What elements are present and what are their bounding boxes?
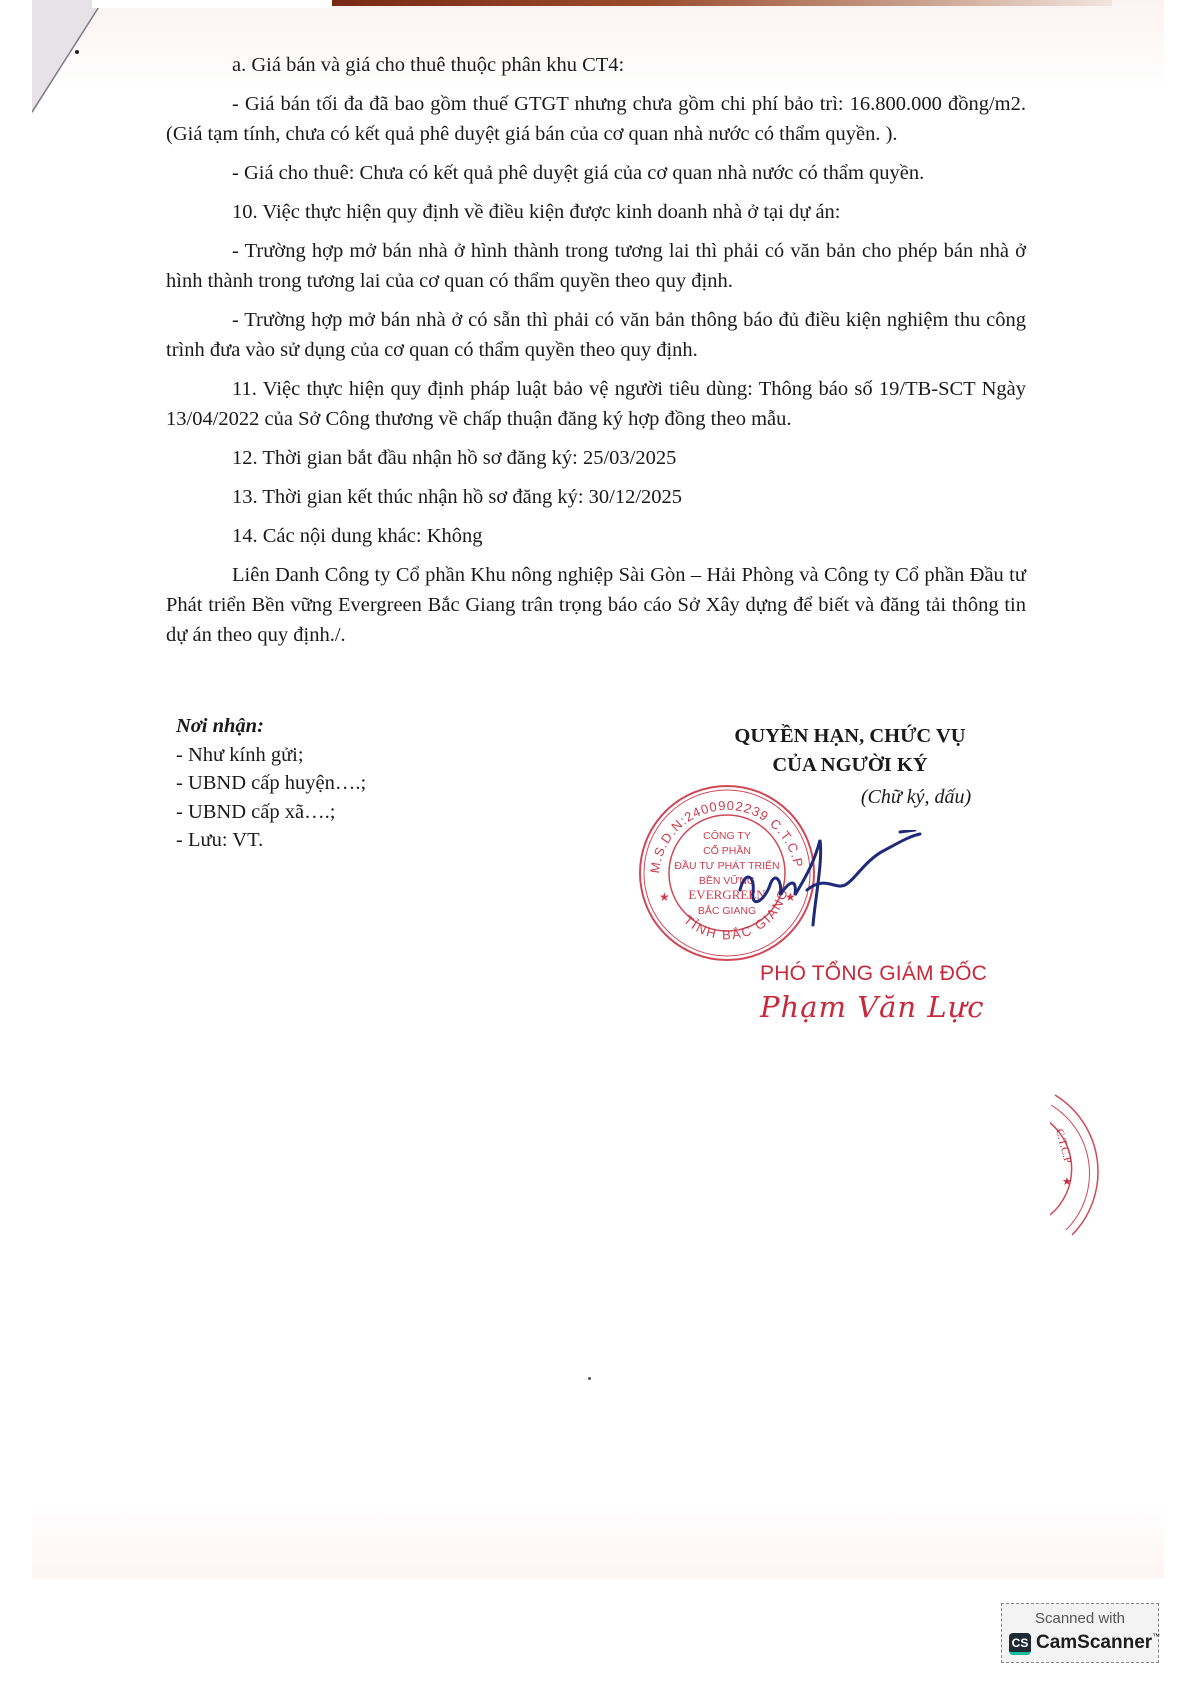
paragraph-item-10-future: - Trường hợp mở bán nhà ở hình thành tro… [166, 236, 1026, 296]
recipient-item: - UBND cấp xã….; [176, 798, 366, 827]
paragraph-a-heading: a. Giá bán và giá cho thuê thuộc phân kh… [166, 50, 1026, 80]
recipient-item: - UBND cấp huyện….; [176, 769, 366, 798]
paragraph-item-12: 12. Thời gian bắt đầu nhận hồ sơ đăng ký… [166, 443, 1026, 473]
scan-speck [588, 1377, 591, 1380]
paragraph-item-10: 10. Việc thực hiện quy định về điều kiện… [166, 197, 1026, 227]
paragraph-rent-price: - Giá cho thuê: Chưa có kết quả phê duyệ… [166, 158, 1026, 188]
recipients-title: Nơi nhận: [176, 712, 366, 741]
trademark-mark: ™ [1152, 1632, 1160, 1641]
signature-block: QUYỀN HẠN, CHỨC VỤ CỦA NGƯỜI KÝ (Chữ ký,… [640, 722, 1060, 780]
paragraph-closing: Liên Danh Công ty Cổ phần Khu nông nghiệ… [166, 560, 1026, 650]
recipient-item: - Như kính gửi; [176, 741, 366, 770]
svg-text:★: ★ [1062, 1176, 1072, 1188]
top-binding-strip [332, 0, 1112, 6]
paragraph-sale-price: - Giá bán tối đa đã bao gồm thuế GTGT nh… [166, 89, 1026, 149]
paragraph-item-14: 14. Các nội dung khác: Không [166, 521, 1026, 551]
recipients-block: Nơi nhận: - Như kính gửi; - UBND cấp huy… [176, 712, 366, 855]
top-paper-edge [92, 0, 332, 8]
signer-name: Phạm Văn Lực [760, 990, 985, 1024]
watermark-brand: CamScanner™ [1036, 1632, 1160, 1654]
signature-note: (Chữ ký, dấu) [786, 786, 1046, 809]
paragraph-item-10-existing: - Trường hợp mở bán nhà ở có sẵn thì phả… [166, 305, 1026, 365]
svg-text:★: ★ [659, 890, 670, 904]
partial-seal-icon: C.T.C.P ★ [1050, 1090, 1110, 1240]
paragraph-item-11: 11. Việc thực hiện quy định pháp luật bả… [166, 374, 1026, 434]
svg-text:C.T.C.P: C.T.C.P [1053, 1128, 1074, 1165]
document-body: a. Giá bán và giá cho thuê thuộc phân kh… [166, 50, 1026, 650]
handwritten-signature-icon [735, 830, 925, 940]
page-corner-shadow [32, 0, 112, 120]
paragraph-item-13: 13. Thời gian kết thúc nhận hồ sơ đăng k… [166, 482, 1026, 512]
signer-authority-title: QUYỀN HẠN, CHỨC VỤ [640, 722, 1060, 751]
signer-role: PHÓ TỔNG GIÁM ĐỐC [760, 962, 987, 986]
camscanner-logo-icon: CS [1009, 1633, 1031, 1655]
watermark-caption: Scanned with [1002, 1610, 1158, 1627]
camscanner-watermark: Scanned with CS CamScanner™ [1001, 1603, 1159, 1663]
signer-authority-title-2: CỦA NGƯỜI KÝ [640, 751, 1060, 780]
watermark-brand-text: CamScanner [1036, 1632, 1152, 1653]
recipient-item: - Lưu: VT. [176, 826, 366, 855]
